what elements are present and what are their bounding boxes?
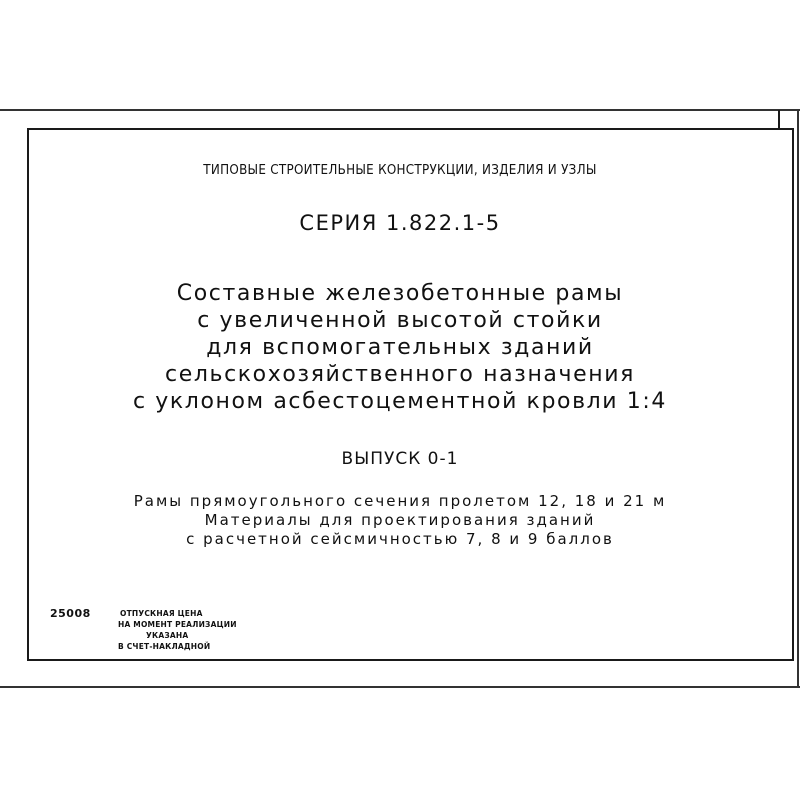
frame-outer-top-line <box>0 109 800 111</box>
title-line: с уклоном асбестоцементной кровли 1:4 <box>0 388 800 415</box>
price-note-line: Отпускная цена <box>118 608 237 619</box>
price-note-line: указана <box>118 630 237 641</box>
subtitle-line: с расчетной сейсмичностью 7, 8 и 9 балло… <box>0 530 800 549</box>
subtitle-line: Рамы прямоугольного сечения пролетом 12,… <box>0 492 800 511</box>
price-note: Отпускная цена на момент реализации указ… <box>118 608 237 652</box>
price-note-line: в счет-накладной <box>118 641 237 652</box>
document-title: Составные железобетонные рамы с увеличен… <box>0 280 800 415</box>
issue-number: Выпуск 0-1 <box>0 449 800 469</box>
series-number: Серия 1.822.1-5 <box>0 211 800 235</box>
subtitle-line: Материалы для проектирования зданий <box>0 511 800 530</box>
title-line: Составные железобетонные рамы <box>0 280 800 307</box>
document-subtitle: Рамы прямоугольного сечения пролетом 12,… <box>0 492 800 549</box>
series-category-label: Типовые строительные конструкции, издели… <box>32 163 768 178</box>
document-code: 25008 <box>50 607 91 620</box>
frame-corner-tick <box>778 110 780 129</box>
title-line: для вспомогательных зданий <box>0 334 800 361</box>
frame-outer-bottom-line <box>0 686 800 688</box>
price-note-line: на момент реализации <box>118 619 237 630</box>
title-line: с увеличенной высотой стойки <box>0 307 800 334</box>
title-line: сельскохозяйственного назначения <box>0 361 800 388</box>
